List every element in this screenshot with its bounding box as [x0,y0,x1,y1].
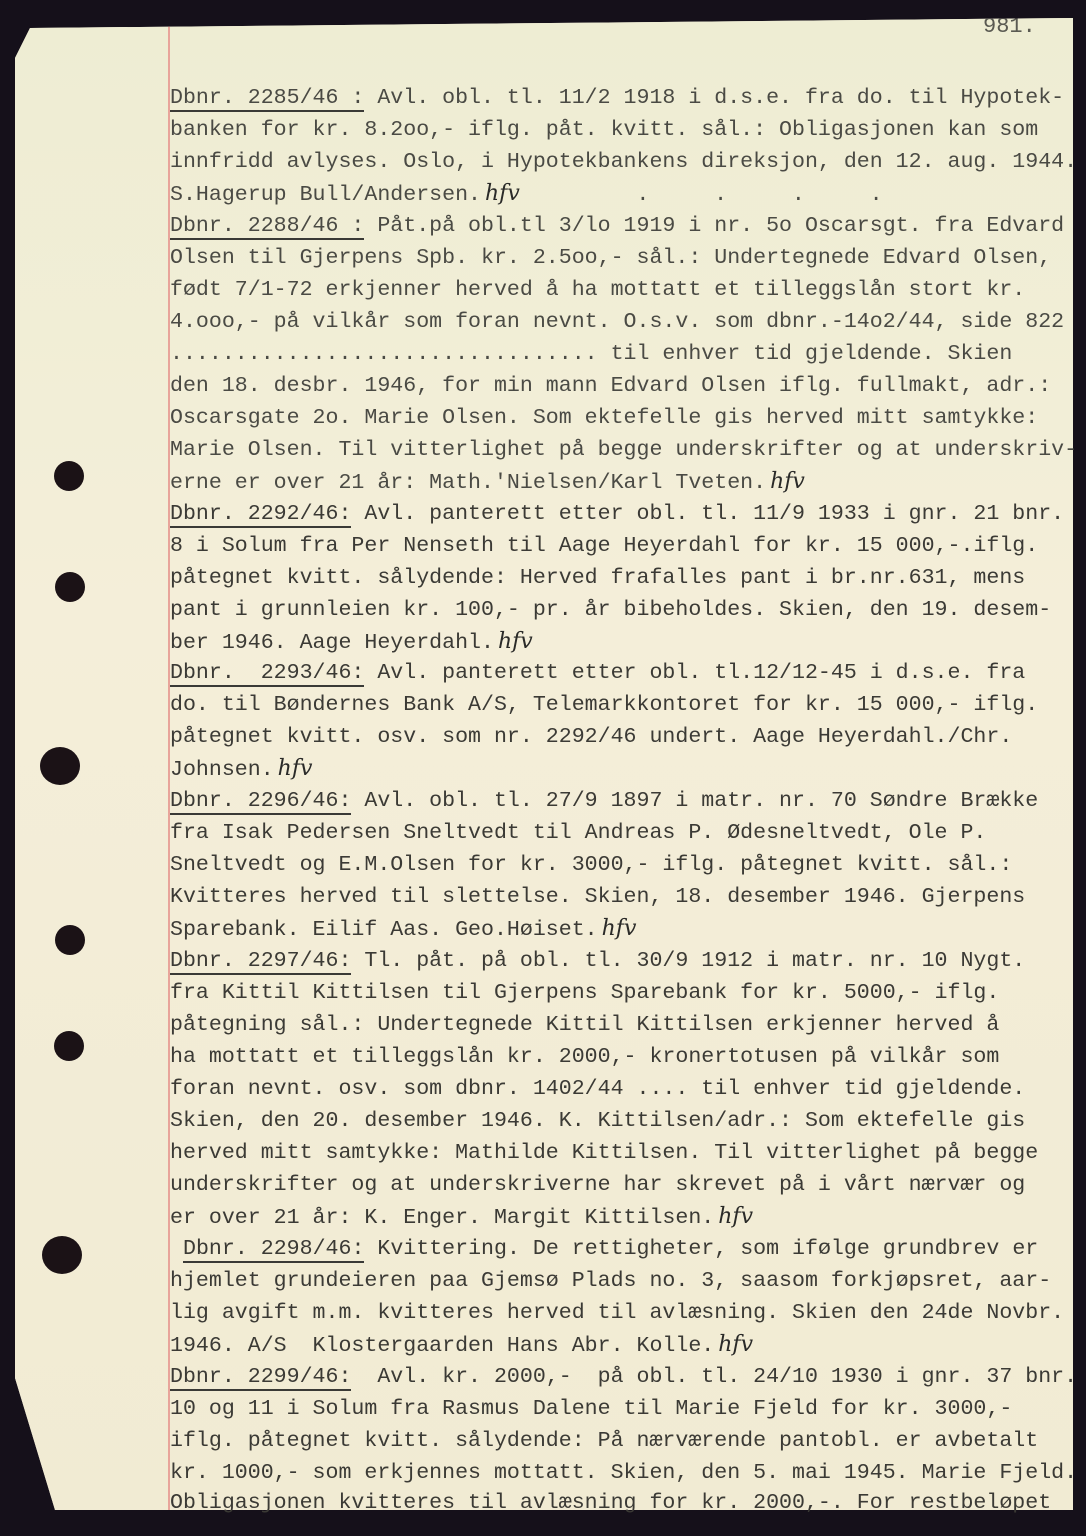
entry-line: Obligasjonen kvitteres til avlæsning for… [170,1490,1051,1516]
dot-leader: . . . . [520,183,883,207]
entry-line: Skien, den 20. desember 1946. K. Kittils… [170,1108,1025,1134]
entry-text: Avl. panterett etter obl. tl.12/12-45 i … [364,661,1025,685]
entry-line: fra Isak Pedersen Sneltvedt til Andreas … [170,820,986,846]
entry-line: Dbnr. 2293/46: Avl. panterett etter obl.… [170,660,1025,686]
entry-line: Dbnr. 2292/46: Avl. panterett etter obl.… [170,501,1064,527]
entry-line: Oscarsgate 2o. Marie Olsen. Som ektefell… [170,405,1038,431]
entry-line: påtegnet kvitt. osv. som nr. 2292/46 und… [170,724,1012,750]
entry-id: Dbnr. 2299/46: [170,1365,351,1391]
handwritten-initials: hfv [602,916,637,941]
handwritten-initials: hfv [485,181,520,206]
handwritten-initials: hfv [278,756,313,781]
handwritten-initials: hfv [770,469,805,494]
entry-line: 10 og 11 i Solum fra Rasmus Dalene til M… [170,1396,1012,1422]
punch-hole [40,747,80,785]
entry-line: erne er over 21 år: Math.'Nielsen/Karl T… [170,469,805,495]
entry-line: innfridd avlyses. Oslo, i Hypotekbankens… [170,149,1077,175]
entry-line: pant i grunnleien kr. 100,- pr. år bibeh… [170,597,1051,623]
entry-line: ha mottatt et tilleggslån kr. 2000,- kro… [170,1044,999,1070]
entry-line: Dbnr. 2288/46 : Påt.på obl.tl 3/lo 1919 … [170,213,1064,239]
entry-line: iflg. påtegnet kvitt. sålydende: På nærv… [170,1428,1038,1454]
entry-line: ber 1946. Aage Heyerdahl.hfv [170,629,533,655]
entry-line: 8 i Solum fra Per Nenseth til Aage Heyer… [170,533,1038,559]
entry-line: hjemlet grundeieren paa Gjemsø Plads no.… [170,1268,1051,1294]
punch-hole [54,461,84,491]
page-number: 981. [983,14,1036,39]
entry-text: erne er over 21 år: Math.'Nielsen/Karl T… [170,471,766,495]
entry-line: banken for kr. 8.2oo,- iflg. påt. kvitt.… [170,117,1038,143]
entry-line: Marie Olsen. Til vitterlighet på begge u… [170,437,1077,463]
entry-line: underskrifter og at underskriverne har s… [170,1172,1025,1198]
entry-text: Avl. obl. tl. 27/9 1897 i matr. nr. 70 S… [351,789,1038,813]
entry-line: Dbnr. 2285/46 : Avl. obl. tl. 11/2 1918 … [170,85,1064,111]
entry-line: påtegnet kvitt. sålydende: Herved frafal… [170,565,1025,591]
entry-line: kr. 1000,- som erkjennes mottatt. Skien,… [170,1460,1077,1486]
punch-hole [54,1031,84,1061]
entry-text: er over 21 år: K. Enger. Margit Kittilse… [170,1206,714,1230]
entry-text: Tl. påt. på obl. tl. 30/9 1912 i matr. n… [351,949,1025,973]
entry-line: Kvitteres herved til slettelse. Skien, 1… [170,884,1025,910]
entry-text: Kvittering. De rettigheter, som ifølge g… [364,1237,1038,1261]
entry-line: er over 21 år: K. Enger. Margit Kittilse… [170,1204,753,1230]
entry-line: 1946. A/S Klostergaarden Hans Abr. Kolle… [170,1332,753,1358]
punch-hole [55,925,85,955]
punch-hole [55,572,85,602]
entry-text: Avl. kr. 2000,- på obl. tl. 24/10 1930 i… [351,1365,1077,1389]
entry-line: Sparebank. Eilif Aas. Geo.Høiset.hfv [170,916,636,942]
entry-text: 1946. A/S Klostergaarden Hans Abr. Kolle… [170,1334,714,1358]
entry-id: Dbnr. 2297/46: [170,949,351,975]
entry-line: påtegning sål.: Undertegnede Kittil Kitt… [170,1012,999,1038]
entry-text: S.Hagerup Bull/Andersen. [170,183,481,207]
entry-text: Johnsen. [170,758,274,782]
entry-line: 4.ooo,- på vilkår som foran nevnt. O.s.v… [170,309,1064,335]
entry-id: Dbnr. 2296/46: [170,789,351,815]
handwritten-initials: hfv [718,1332,753,1357]
entry-line: Dbnr. 2296/46: Avl. obl. tl. 27/9 1897 i… [170,788,1038,814]
entry-line: den 18. desbr. 1946, for min mann Edvard… [170,373,1051,399]
entry-line: fra Kittil Kittilsen til Gjerpens Spareb… [170,980,999,1006]
entry-id: Dbnr. 2285/46 : [170,86,364,112]
entry-line: Sneltvedt og E.M.Olsen for kr. 3000,- if… [170,852,1012,878]
entry-line: ................................. til en… [170,341,1012,367]
entry-text: Påt.på obl.tl 3/lo 1919 i nr. 5o Oscarsg… [364,214,1064,238]
entry-id: Dbnr. 2293/46: [170,661,364,687]
entry-line: S.Hagerup Bull/Andersen.hfv . . . . [170,181,883,207]
entry-line: Dbnr. 2297/46: Tl. påt. på obl. tl. 30/9… [170,948,1025,974]
entry-line: født 7/1-72 erkjenner herved å ha mottat… [170,277,1025,303]
entry-line: Olsen til Gjerpens Spb. kr. 2.5oo,- sål.… [170,245,1051,271]
entry-text: Avl. obl. tl. 11/2 1918 i d.s.e. fra do.… [364,86,1064,110]
entry-line: foran nevnt. osv. som dbnr. 1402/44 ....… [170,1076,1025,1102]
entry-line: Johnsen.hfv [170,756,312,782]
entry-id: Dbnr. 2292/46: [170,502,351,528]
entry-line: Dbnr. 2298/46: Kvittering. De rettighete… [183,1236,1038,1262]
punch-hole [42,1236,82,1274]
entry-line: lig avgift m.m. kvitteres herved til avl… [170,1300,1064,1326]
entry-text: Sparebank. Eilif Aas. Geo.Høiset. [170,918,598,942]
entry-line: do. til Bøndernes Bank A/S, Telemarkkont… [170,692,1038,718]
entry-line: Dbnr. 2299/46: Avl. kr. 2000,- på obl. t… [170,1364,1077,1390]
entry-id: Dbnr. 2288/46 : [170,214,364,240]
entry-id: Dbnr. 2298/46: [183,1237,364,1263]
entry-text: Avl. panterett etter obl. tl. 11/9 1933 … [351,502,1064,526]
entry-line: herved mitt samtykke: Mathilde Kittilsen… [170,1140,1038,1166]
entry-text: ber 1946. Aage Heyerdahl. [170,631,494,655]
handwritten-initials: hfv [498,629,533,654]
handwritten-initials: hfv [718,1204,753,1229]
